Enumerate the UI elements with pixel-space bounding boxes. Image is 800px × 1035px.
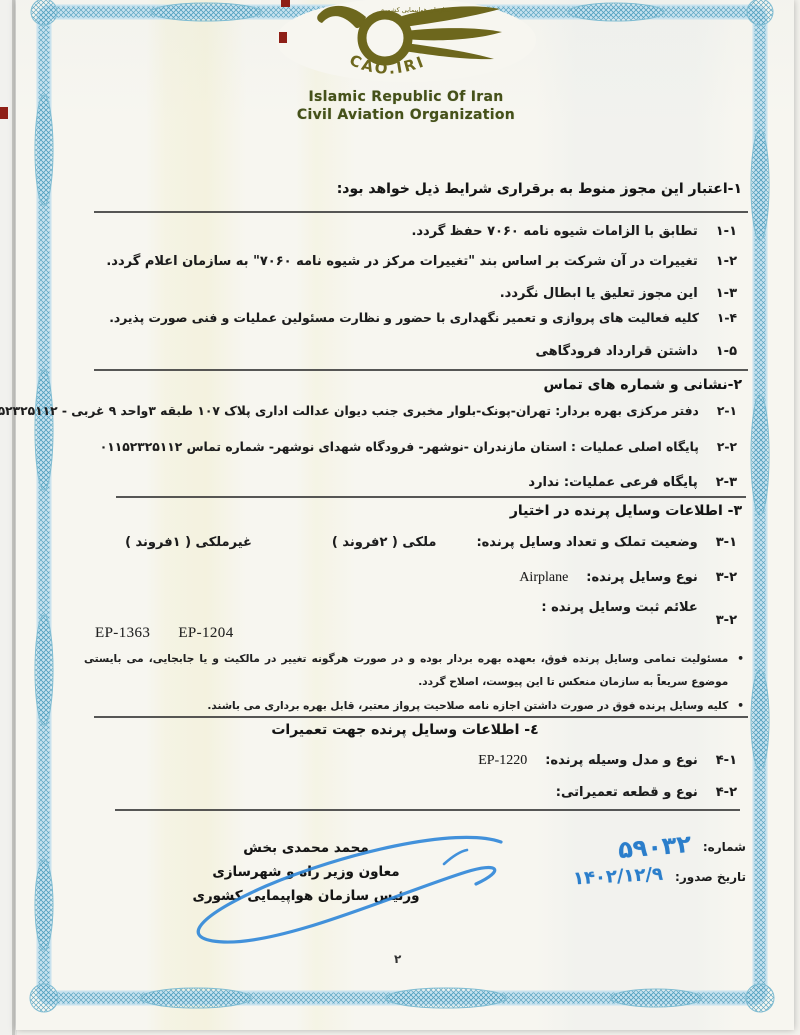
item-label: علائم ثبت وسایل پرنده : [541, 600, 697, 615]
condition-item-1-3: ۱-۳ این مجوز تعلیق یا ابطال نگردد. [500, 286, 737, 301]
item-number: ۱-۵ [716, 344, 737, 359]
item-number: ۲-۱ [717, 404, 737, 418]
contact-item-2-3: ۲-۳ پایگاه فرعی عملیات: ندارد [528, 475, 737, 490]
item-text: داشتن قرارداد فرودگاهی [535, 344, 697, 359]
bullet-marker: • [737, 648, 744, 693]
registration-mark-red [0, 107, 8, 119]
item-number: ۱-۳ [716, 286, 737, 301]
item-number: ۴-۲ [716, 785, 737, 800]
issue-date-value: ۱۴۰۲/۱۲/۹ [572, 864, 663, 890]
item-text: پایگاه اصلی عملیات : استان مازندران -نوش… [100, 440, 699, 454]
item-text: تغییرات در آن شرکت بر اساس بند "تغییرات … [106, 254, 697, 269]
page-number: ۲ [394, 952, 401, 966]
section-2-title: ۲-نشانی و شماره های تماس [544, 377, 742, 393]
section-divider [94, 369, 748, 371]
item-label: نوع و مدل وسیله پرنده: [545, 753, 698, 768]
condition-item-1-2: ۱-۲ تغییرات در آن شرکت بر اساس بند "تغیی… [106, 254, 737, 269]
item-number: ۱-۱ [716, 224, 737, 239]
issue-number-label: شماره: [703, 840, 746, 854]
aircraft-type-value: Airplane [519, 570, 568, 586]
registration-mark-2: EP-1204 [178, 625, 233, 642]
condition-item-1-4: ۱-۴ کلیه فعالیت های پروازی و تعمیر نگهدا… [109, 311, 737, 325]
item-number: ۱-۲ [716, 254, 737, 269]
issue-number-value: ۵۹۰۳۲ [617, 830, 692, 864]
registration-mark-red [279, 32, 287, 43]
registration-marks-line: EP-1363 EP-1204 [95, 625, 234, 642]
bullet-text: مسئولیت تمامی وسایل پرنده فوق، بعهده بهر… [84, 648, 728, 693]
org-name-line2: Civil Aviation Organization [246, 106, 566, 124]
bullet-note-2: • کلیه وسایل پرنده فوق در صورت داشتن اجا… [84, 695, 744, 718]
repair-aircraft-value: EP-1220 [478, 753, 527, 769]
section-divider [116, 496, 746, 498]
section-4-title: ٤- اطلاعات وسایل پرنده جهت تعمیرات [16, 722, 794, 738]
item-number: ۲-۲ [717, 440, 737, 454]
section-3-title: ۳- اطلاعات وسایل پرنده در اختیار [510, 503, 742, 519]
logo-persian-text: سازمان هواپیمایی کشوری [379, 6, 450, 14]
item-number: ۳-۲ [716, 570, 737, 585]
non-owned-count: غیرملکی ( ۱فروند ) [125, 535, 252, 550]
issue-date-label: تاریخ صدور: [675, 870, 746, 884]
scanned-document-page: CAO.IRI سازمان هواپیمایی کشوری Islamic R… [0, 0, 800, 1035]
section-divider [94, 716, 748, 718]
issue-date-row: تاریخ صدور: ۱۴۰۲/۱۲/۹ [573, 866, 746, 887]
owned-count: ملکی ( ۲فروند ) [332, 535, 437, 550]
item-number: ۲-۳ [716, 475, 737, 490]
section-divider [115, 809, 740, 811]
signature-scribble-icon [146, 820, 526, 955]
section-divider [94, 211, 748, 213]
svg-text:CAO.IRI: CAO.IRI [347, 51, 428, 78]
item-text: پایگاه فرعی عملیات: ندارد [528, 475, 697, 490]
contact-item-2-1: ۲-۱ دفتر مرکزی بهره بردار: تهران-پونک-بل… [0, 404, 737, 418]
cao-eagle-emblem-icon: CAO.IRI سازمان هواپیمایی کشوری [300, 2, 510, 94]
bullet-note-1: • مسئولیت تمامی وسایل پرنده فوق، بعهده ب… [84, 648, 744, 693]
item-label: نوع وسایل پرنده: [586, 570, 697, 585]
bullet-marker: • [737, 695, 744, 718]
item-text: تطابق با الزامات شیوه نامه ۷۰۶۰ حفظ گردد… [411, 224, 697, 239]
item-text: این مجوز تعلیق یا ابطال نگردد. [500, 286, 698, 301]
registration-mark-red [281, 0, 290, 7]
item-number: ۴-۱ [716, 753, 737, 768]
item-number: ۳-۱ [716, 535, 737, 550]
repair-item-4-2: ۴-۲ نوع و قطعه تعمیراتی: [556, 785, 737, 800]
contact-item-2-2: ۲-۲ پایگاه اصلی عملیات : استان مازندران … [100, 440, 737, 454]
section-1-title: ۱-اعتبار این مجوز منوط به برقراری شرایط … [337, 181, 742, 197]
item-text: دفتر مرکزی بهره بردار: تهران-پونک-بلوار … [0, 404, 699, 418]
repair-item-4-1: ۴-۱ نوع و مدل وسیله پرنده: EP-1220 [456, 753, 737, 769]
item-label: نوع و قطعه تعمیراتی: [556, 785, 698, 800]
fleet-item-3-2: ۳-۲ نوع وسایل پرنده: Airplane [519, 570, 737, 586]
org-name-english: Islamic Republic Of Iran Civil Aviation … [246, 88, 566, 124]
fleet-item-3-1: ۳-۱ وضعیت تملک و تعداد وسایل پرنده: ملکی… [125, 535, 737, 550]
item-label: وضعیت تملک و تعداد وسایل پرنده: [476, 535, 697, 550]
org-name-line1: Islamic Republic Of Iran [246, 88, 566, 106]
item-number: ۱-۴ [717, 311, 737, 325]
condition-item-1-1: ۱-۱ تطابق با الزامات شیوه نامه ۷۰۶۰ حفظ … [411, 224, 737, 239]
condition-item-1-5: ۱-۵ داشتن قرارداد فرودگاهی [535, 344, 737, 359]
item-number: ۳-۲ [716, 613, 737, 628]
item-text: کلیه فعالیت های پروازی و تعمیر نگهداری ب… [109, 311, 699, 325]
fleet-item-registration-marks: ۳-۲ علائم ثبت وسایل پرنده : [541, 600, 737, 615]
registration-mark-1: EP-1363 [95, 625, 150, 642]
issue-number-row: شماره: ۵۹۰۳۲ [618, 833, 746, 861]
bullet-text: کلیه وسایل پرنده فوق در صورت داشتن اجازه… [207, 695, 728, 718]
logo-arc-text: CAO.IRI [347, 51, 428, 78]
certificate-paper: CAO.IRI سازمان هواپیمایی کشوری Islamic R… [16, 0, 794, 1030]
